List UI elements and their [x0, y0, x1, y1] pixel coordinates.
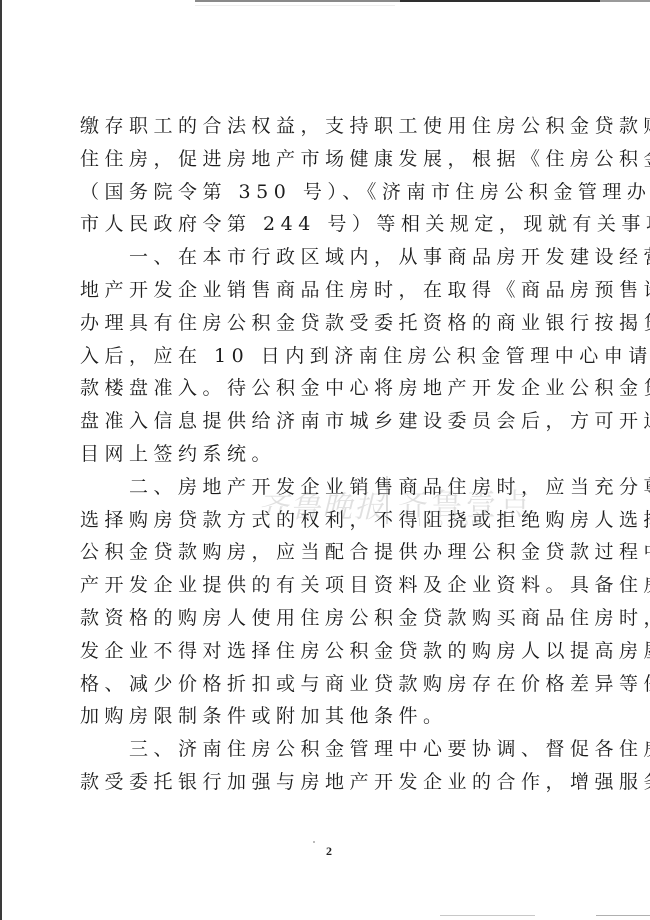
text-line: 产开发企业提供的有关项目资料及企业资料。具备住房公积金贷 — [80, 569, 580, 602]
text-line: 办理具有住房公积金贷款受委托资格的商业银行按揭贷款楼盘准 — [80, 307, 580, 340]
text-line: 住住房，促进房地产市场健康发展，根据《住房公积金管理条例》 — [80, 143, 580, 176]
text-line: 款楼盘准入。待公积金中心将房地产开发企业公积金贷款按揭楼 — [80, 372, 580, 405]
text-line: 地产开发企业销售商品住房时，在取得《商品房预售许可证》并 — [80, 274, 580, 307]
text-line: 市人民政府令第 244 号）等相关规定，现就有关事项通知如下: — [80, 208, 580, 241]
scan-top-edge — [400, 0, 600, 2]
page-number: 2 — [326, 844, 332, 859]
scan-artifact — [440, 915, 535, 916]
text-line: 目网上签约系统。 — [80, 438, 580, 471]
text-line: 缴存职工的合法权益，支持职工使用住房公积金贷款购买商品自 — [80, 110, 580, 143]
text-line: 盘准入信息提供给济南市城乡建设委员会后，方可开通该楼盘项 — [80, 405, 580, 438]
paragraph-3-start: 三、济南住房公积金管理中心要协调、督促各住房公积金贷 — [80, 733, 580, 766]
text-line: 加购房限制条件或附加其他条件。 — [80, 700, 580, 733]
text-line: 选择购房贷款方式的权利，不得阻挠或拒绝购房人选择使用住房 — [80, 504, 580, 537]
scan-top-edge — [600, 0, 650, 2]
scan-speck — [313, 841, 315, 843]
text-line: 格、减少价格折扣或与商业贷款购房存在价格差异等任何形式增 — [80, 668, 580, 701]
scan-top-edge — [195, 0, 400, 2]
text-line: 公积金贷款购房，应当配合提供办理公积金贷款过程中应由房地 — [80, 536, 580, 569]
text-line: 入后，应在 10 日内到济南住房公积金管理中心申请办理公积金贷 — [80, 340, 580, 373]
scan-left-edge — [0, 0, 2, 920]
text-line: 款资格的购房人使用住房公积金贷款购买商品住房时，房地产开 — [80, 602, 580, 635]
scan-artifact — [596, 915, 650, 916]
scan-artifact — [195, 5, 395, 6]
scanned-document-page: 缴存职工的合法权益，支持职工使用住房公积金贷款购买商品自 住住房，促进房地产市场… — [0, 0, 650, 920]
text-line: 款受委托银行加强与房地产开发企业的合作，增强服务意识，提 — [80, 766, 580, 799]
paragraph-1-start: 一、在本市行政区域内，从事商品房开发建设经营活动的房 — [80, 241, 580, 274]
text-line: （国务院令第 350 号）、《济南市住房公积金管理办法》（济南 — [80, 176, 580, 209]
text-line: 发企业不得对选择住房公积金贷款的购房人以提高房屋销售价 — [80, 635, 580, 668]
document-body: 缴存职工的合法权益，支持职工使用住房公积金贷款购买商品自 住住房，促进房地产市场… — [80, 110, 580, 799]
paragraph-2-start: 二、房地产开发企业销售商品住房时，应当充分尊重购房人 — [80, 471, 580, 504]
